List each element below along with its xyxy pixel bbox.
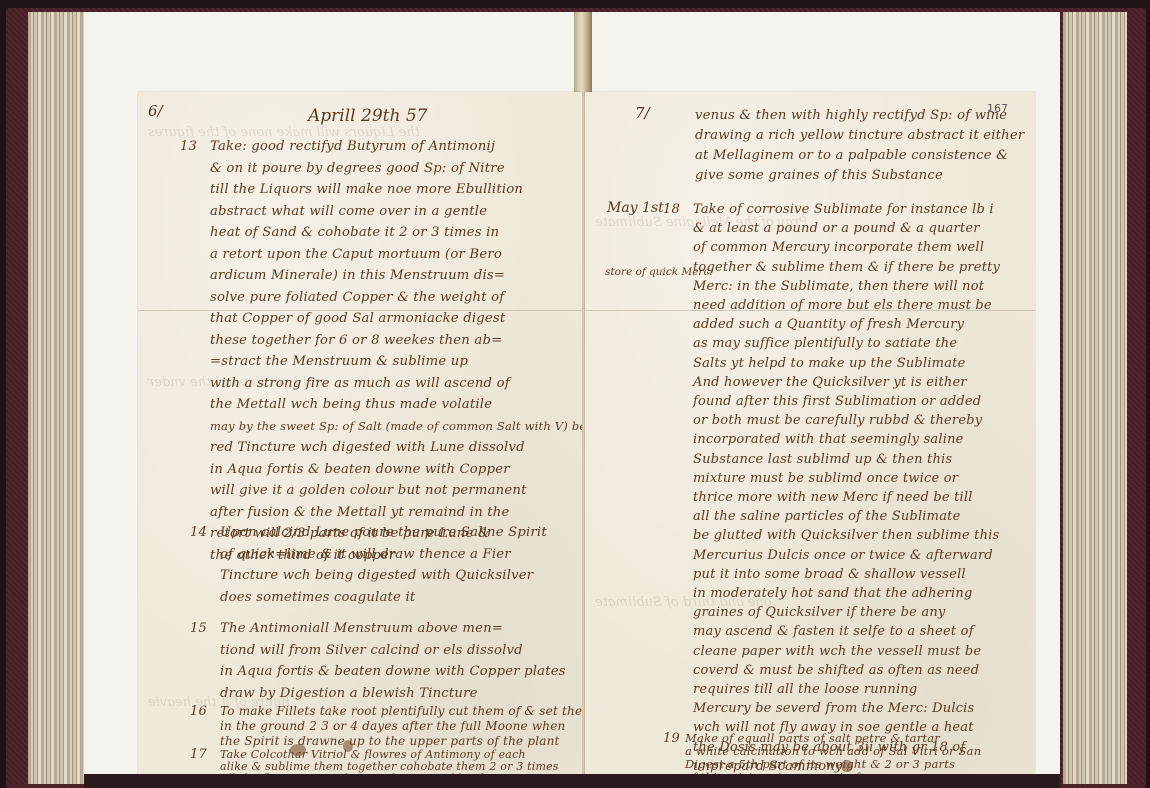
ink-stain [290,744,306,756]
text-line: red Tincture wch digested with Lune diss… [210,437,582,459]
text-line: be glutted with Quicksilver then sublime… [693,526,1000,545]
text-line: Take: good rectifyd Butyrum of Antimonij [210,136,582,158]
text-line: may by the sweet Sp: of Salt (made of co… [210,416,582,438]
text-line: the Spirit is drawne up to the upper par… [220,734,582,749]
text-line: the Mettall wch being thus made volatile [210,394,582,416]
text-line: with a strong fire as much as will ascen… [210,373,582,395]
entry-17: 17 Take Colcothar Vitriol & flowres of A… [220,749,559,777]
manuscript-leaf-right: Pray of the Mellagine Sublimate one and … [585,92,1035,777]
entry-13: 13 Take: good rectifyd Butyrum of Antimo… [210,136,582,566]
text-line: put it into some broad & shallow vessell [693,565,1000,584]
text-line: at Mellaginem or to a palpable consisten… [695,146,1024,166]
text-line: in Aqua fortis & beaten downe with Coppe… [210,459,582,481]
text-line: a retort upon the Caput mortuum (or Bero [210,244,582,266]
entry-number: 15 [190,618,207,640]
text-line: incorporated with that seemingly saline [693,430,1000,449]
text-line: Mercurius Dulcis once or twice & afterwa… [693,546,1000,565]
text-line: all the saline particles of the Sublimat… [693,507,1000,526]
text-line: drawing a rich yellow tincture abstract … [695,126,1024,146]
text-line: Mercury be severd from the Merc: Dulcis [693,699,1000,718]
text-line: draw by Digestion a blewish Tincture [220,683,566,705]
text-line: coverd & must be shifted as often as nee… [693,661,1000,680]
text-line: requires till all the loose running [693,680,1000,699]
entry-14: 14 Upon calcind Lune poure the pure Sali… [220,522,547,608]
entry-number: 14 [190,522,207,544]
folio-number: 7/ [635,104,650,122]
page-edges-right [1063,12,1127,784]
text-line: in moderately hot sand that the adhering [693,584,1000,603]
text-line: after fusion & the Mettall yt remaind in… [210,502,582,524]
text-line: And however the Quicksilver yt is either [693,373,1000,392]
entry-19: 19 Make of equall parts of salt petre & … [685,732,981,777]
page-edges-left [28,12,86,784]
manuscript-leaf-left: the Liquors will make none of the figure… [138,92,582,777]
text-line: Salts yt helpd to make up the Sublimate [693,354,1000,373]
text-line: Tincture wch being digested with Quicksi… [220,565,547,587]
folio-number: 6/ [148,102,163,120]
ink-stain [343,740,353,752]
text-line: of common Mercury incorporate them well [693,238,1000,257]
text-line: till the Liquors will make noe more Ebul… [210,179,582,201]
text-line: Upon calcind Lune poure the pure Saline … [220,522,547,544]
text-line: To make Fillets take root plentifully cu… [220,704,582,719]
text-line: found after this first Sublimation or ad… [693,392,1000,411]
text-line: in Aqua fortis & beaten downe with Coppe… [220,661,566,683]
entry-date: Aprill 29th 57 [308,106,427,126]
text-line: Merc: in the Sublimate, then there will … [693,277,1000,296]
text-line: Substance last sublimd up & then this [693,450,1000,469]
text-line: does sometimes coagulate it [220,587,547,609]
text-line: as may suffice plentifully to satiate th… [693,334,1000,353]
text-line: in the ground 2 3 or 4 dayes after the f… [220,719,582,734]
text-line: & on it poure by degrees good Sp: of Nit… [210,158,582,180]
ink-stain [841,760,853,772]
text-line: tiond will from Silver calcind or els di… [220,640,566,662]
text-line: will give it a golden colour but not per… [210,480,582,502]
text-line: abstract what will come over in a gentle [210,201,582,223]
text-line: Take of corrosive Sublimate for instance… [693,200,1000,219]
text-line: together & sublime them & if there be pr… [693,258,1000,277]
text-line: need addition of more but els there must… [693,296,1000,315]
text-line: give some graines of this Substance [695,166,1024,186]
entry-18: 18 Take of corrosive Sublimate for insta… [693,200,1000,776]
text-line: may ascend & fasten it selfe to a sheet … [693,622,1000,641]
text-line: venus & then with highly rectifyd Sp: of… [695,106,1024,126]
text-line: that Copper of good Sal armoniacke diges… [210,308,582,330]
text-line: thrice more with new Merc if need be til… [693,488,1000,507]
text-line: & at least a pound or a pound & a quarte… [693,219,1000,238]
text-line: of quick=lime & it will draw thence a Fi… [220,544,547,566]
entry-number: 19 [663,732,680,745]
entry-number: 18 [663,200,680,219]
bottom-shadow [84,774,1060,788]
entry-number: 17 [190,749,207,761]
entry-number: 13 [180,136,197,158]
text-line: mixture must be sublimd once twice or [693,469,1000,488]
text-line: or both must be carefully rubbd & thereb… [693,411,1000,430]
entry-number: 16 [190,704,207,719]
text-line: added such a Quantity of fresh Mercury [693,315,1000,334]
text-line: The Antimoniall Menstruum above men= [220,618,566,640]
text-line: heat of Sand & cohobate it 2 or 3 times … [210,222,582,244]
text-line: ardicum Minerale) in this Menstruum dis= [210,265,582,287]
text-line: cleane paper with wch the vessell must b… [693,642,1000,661]
entry-date: May 1st [607,200,664,216]
entry-15: 15 The Antimoniall Menstruum above men= … [220,618,566,704]
entry-16: 16 To make Fillets take root plentifully… [220,704,582,749]
text-line: graines of Quicksilver if there be any [693,603,1000,622]
text-line: =stract the Menstruum & sublime up [210,351,582,373]
text-line: these together for 6 or 8 weekes then ab… [210,330,582,352]
text-line: solve pure foliated Copper & the weight … [210,287,582,309]
entry-continuation: venus & then with highly rectifyd Sp: of… [695,106,1024,186]
